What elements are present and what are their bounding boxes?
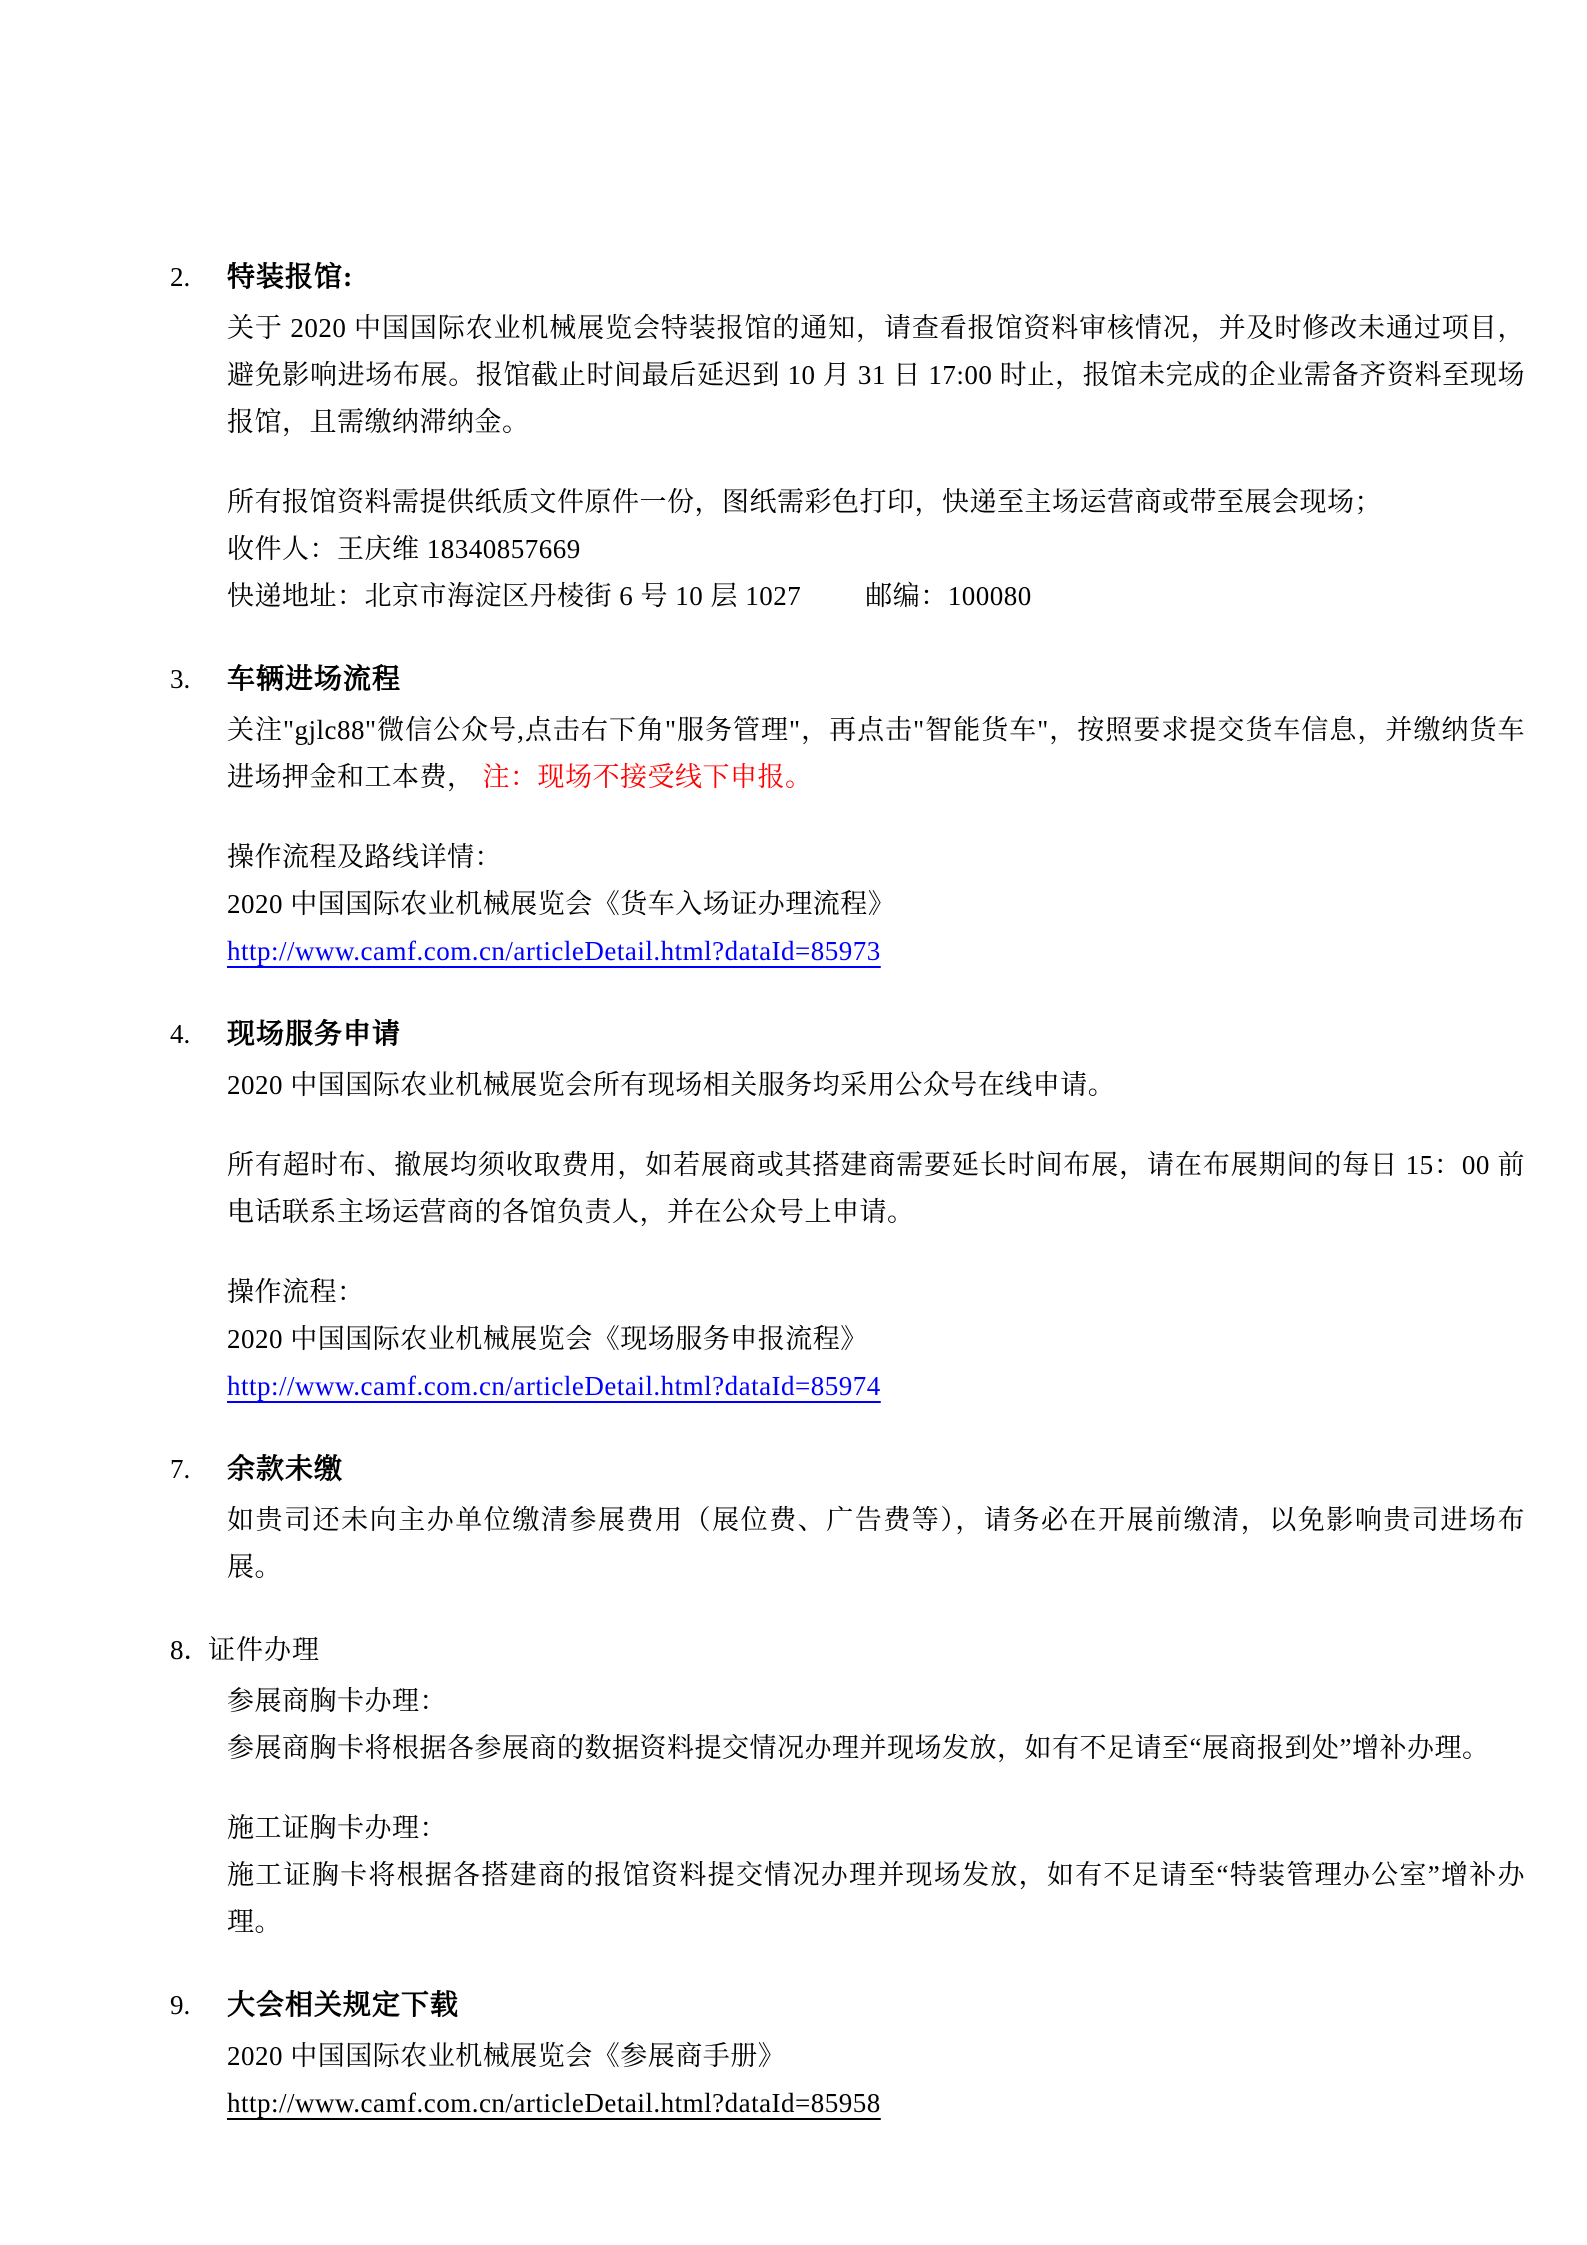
vehicle-instructions-text: 关注"gjlc88"微信公众号,点击右下角"服务管理"，再点击"智能货车"，按照… (227, 715, 1525, 792)
truck-pass-doc-title: 2020 中国国际农业机械展览会《货车入场证办理流程》 (227, 881, 1525, 928)
section-regulations-download: 9.大会相关规定下载 2020 中国国际农业机械展览会《参展商手册》 http:… (170, 1982, 1525, 2127)
section-title: 证件办理 (208, 1635, 320, 1665)
exhibitor-badge-label: 参展商胸卡办理： (227, 1678, 1525, 1725)
section-heading: 9.大会相关规定下载 (170, 1982, 1525, 2033)
paragraph-overtime-fees: 所有超时布、撤展均须收取费用，如若展商或其搭建商需要延长时间布展，请在布展期间的… (227, 1142, 1525, 1236)
paragraph-materials: 所有报馆资料需提供纸质文件原件一份，图纸需彩色打印，快递至主场运营商或带至展会现… (227, 479, 1525, 526)
section-title: 大会相关规定下载 (227, 1990, 459, 2021)
section-outstanding-balance: 7.余款未缴 如贵司还未向主办单位缴清参展费用（展位费、广告费等），请务必在开展… (170, 1446, 1525, 1591)
section-vehicle-entry-process: 3.车辆进场流程 关注"gjlc88"微信公众号,点击右下角"服务管理"，再点击… (170, 656, 1525, 975)
section-number: 2. (170, 254, 227, 301)
flow-label: 操作流程： (227, 1269, 1525, 1316)
onsite-service-link[interactable]: http://www.camf.com.cn/articleDetail.htm… (227, 1371, 881, 1401)
section-number: 8． (170, 1627, 208, 1674)
truck-pass-link[interactable]: http://www.camf.com.cn/articleDetail.htm… (227, 936, 881, 966)
document-content: 2.特装报馆: 关于 2020 中国国际农业机械展览会特装报馆的通知，请查看报馆… (0, 0, 1587, 2127)
document-page: 2.特装报馆: 关于 2020 中国国际农业机械展览会特装报馆的通知，请查看报馆… (0, 0, 1587, 2245)
paragraph-online-application: 2020 中国国际农业机械展览会所有现场相关服务均采用公众号在线申请。 (227, 1062, 1525, 1109)
section-heading: 7.余款未缴 (170, 1446, 1525, 1497)
recipient-line: 收件人：王庆维 18340857669 (227, 526, 1525, 573)
section-title: 特装报馆: (227, 262, 353, 293)
paragraph-booth-notice: 关于 2020 中国国际农业机械展览会特装报馆的通知，请查看报馆资料审核情况，并… (227, 305, 1525, 446)
courier-address: 快递地址：北京市海淀区丹棱街 6 号 10 层 1027 (227, 581, 801, 611)
link-line: http://www.camf.com.cn/articleDetail.htm… (227, 1363, 1525, 1410)
section-special-booth-registration: 2.特装报馆: 关于 2020 中国国际农业机械展览会特装报馆的通知，请查看报馆… (170, 254, 1525, 620)
onsite-service-doc-title: 2020 中国国际农业机械展览会《现场服务申报流程》 (227, 1316, 1525, 1363)
section-title: 车辆进场流程 (227, 664, 401, 695)
postal-code: 邮编：100080 (865, 581, 1032, 611)
paragraph-vehicle-instructions: 关注"gjlc88"微信公众号,点击右下角"服务管理"，再点击"智能货车"，按照… (227, 707, 1525, 801)
section-heading: 8．证件办理 (170, 1627, 1525, 1678)
construction-badge-label: 施工证胸卡办理： (227, 1805, 1525, 1852)
section-heading: 2.特装报馆: (170, 254, 1525, 305)
exhibitor-manual-doc-title: 2020 中国国际农业机械展览会《参展商手册》 (227, 2033, 1525, 2080)
section-number: 4. (170, 1011, 227, 1058)
address-line: 快递地址：北京市海淀区丹棱街 6 号 10 层 1027邮编：100080 (227, 573, 1525, 620)
section-badge-processing: 8．证件办理 参展商胸卡办理： 参展商胸卡将根据各参展商的数据资料提交情况办理并… (170, 1627, 1525, 1946)
link-line: http://www.camf.com.cn/articleDetail.htm… (227, 2080, 1525, 2127)
link-line: http://www.camf.com.cn/articleDetail.htm… (227, 928, 1525, 975)
flow-detail-label: 操作流程及路线详情： (227, 834, 1525, 881)
section-title: 余款未缴 (227, 1454, 343, 1485)
section-number: 3. (170, 656, 227, 703)
section-title: 现场服务申请 (227, 1019, 401, 1050)
section-number: 7. (170, 1446, 227, 1493)
section-onsite-service-application: 4.现场服务申请 2020 中国国际农业机械展览会所有现场相关服务均采用公众号在… (170, 1011, 1525, 1410)
paragraph-balance-payment: 如贵司还未向主办单位缴清参展费用（展位费、广告费等），请务必在开展前缴清，以免影… (227, 1497, 1525, 1591)
construction-badge-text: 施工证胸卡将根据各搭建商的报馆资料提交情况办理并现场发放，如有不足请至“特装管理… (227, 1852, 1525, 1946)
exhibitor-badge-text: 参展商胸卡将根据各参展商的数据资料提交情况办理并现场发放，如有不足请至“展商报到… (227, 1725, 1525, 1772)
section-heading: 4.现场服务申请 (170, 1011, 1525, 1062)
section-heading: 3.车辆进场流程 (170, 656, 1525, 707)
exhibitor-manual-link[interactable]: http://www.camf.com.cn/articleDetail.htm… (227, 2088, 881, 2118)
section-number: 9. (170, 1982, 227, 2029)
red-warning-note: 注：现场不接受线下申报。 (483, 762, 813, 792)
